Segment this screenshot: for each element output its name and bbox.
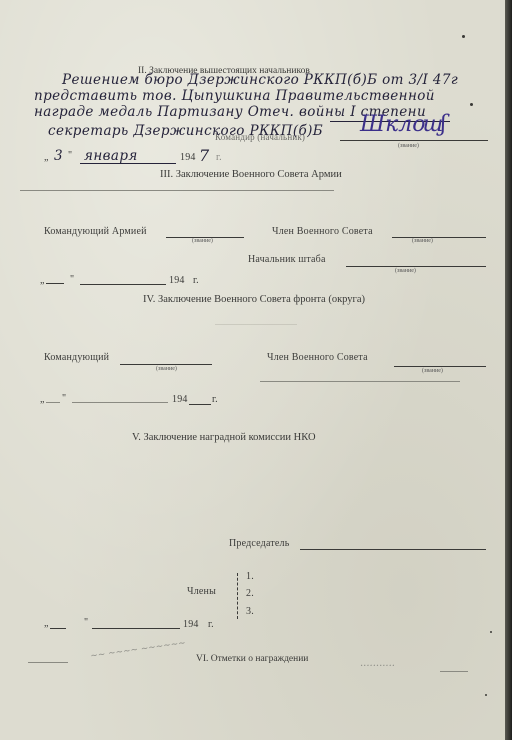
chief-of-staff-label: Начальник штаба <box>248 254 326 265</box>
member-number-1: 1. <box>246 571 254 582</box>
pencil-mark: ........... <box>360 658 395 669</box>
scan-speck <box>485 694 487 696</box>
date-year-suffix: 7 <box>199 146 210 165</box>
pencil-dash <box>440 671 468 672</box>
bleed-through-text: ........................................… <box>215 318 297 327</box>
date-year-prefix-3: 194 <box>169 275 185 286</box>
faint-divider <box>20 190 334 191</box>
members-brace <box>237 573 238 619</box>
front-commander-label: Командующий <box>44 352 109 363</box>
chief-of-staff-line <box>346 266 486 267</box>
section-5-heading: V. Заключение наградной комиссии НКО <box>132 432 316 443</box>
date-year-prefix: 194 <box>180 152 196 163</box>
chief-of-staff-rank-caption: (звание) <box>395 268 416 274</box>
date-month: января <box>84 148 138 164</box>
signature: Шклошʃ <box>360 112 446 137</box>
chairman-label: Председатель <box>229 538 290 549</box>
section-4-heading: IV. Заключение Военного Совета фронта (о… <box>143 294 365 305</box>
date-year-prefix-5: 194 <box>183 619 199 630</box>
date-year-prefix-4: 194 <box>172 394 188 405</box>
scan-speck <box>470 103 473 106</box>
members-label: Члены <box>187 586 216 597</box>
date-year-unit: г. <box>216 152 222 163</box>
signer-handwritten: секретарь Дзержинского РККП(б)Б <box>48 123 323 139</box>
date-year-line-4 <box>189 404 211 405</box>
scan-speck <box>490 631 492 633</box>
date-year-unit-5: г. <box>208 619 214 630</box>
front-council-member-rank-caption: (звание) <box>422 368 443 374</box>
scan-speck <box>462 35 465 38</box>
handwritten-line-1: Решением бюро Дзержинского РККП(б)Б от 3… <box>62 72 458 88</box>
date-day-line-3 <box>46 283 64 284</box>
front-commander-line <box>120 364 212 365</box>
date-quote-close-3: " <box>70 274 74 285</box>
date-quote-open: „ <box>44 152 49 163</box>
date-day: 3 <box>54 148 63 164</box>
date-month-line-3 <box>80 284 166 285</box>
date-day-line-5 <box>50 628 66 629</box>
front-commander-rank-caption: (звание) <box>156 366 177 372</box>
member-number-2: 2. <box>246 588 254 599</box>
date-month-line <box>80 163 176 164</box>
document-page: II. Заключение вышестоящих начальников Р… <box>0 0 505 740</box>
date-quote-close: " <box>68 150 72 161</box>
army-commander-rank-caption: (звание) <box>192 238 213 244</box>
faint-divider-3 <box>28 662 68 663</box>
faint-divider-2 <box>260 381 460 382</box>
army-council-member-rank-caption: (звание) <box>412 238 433 244</box>
date-quote-open-3: „ <box>40 275 45 286</box>
date-month-line-5 <box>92 628 180 629</box>
date-quote-open-4: „ <box>40 394 45 405</box>
front-council-member-line <box>394 366 486 367</box>
section-3-heading: III. Заключение Военного Совета Армии <box>160 169 342 180</box>
member-number-3: 3. <box>246 606 254 617</box>
scan-edge <box>505 0 512 740</box>
date-year-unit-3: г. <box>193 275 199 286</box>
date-month-line-4 <box>72 402 168 403</box>
section-6-heading: VI. Отметки о награждении <box>196 654 308 664</box>
army-council-member-label: Член Военного Совета <box>272 226 373 237</box>
handwritten-line-2: представить тов. Цыпушкина Правительстве… <box>34 88 435 104</box>
date-quote-close-4: " <box>62 393 66 404</box>
army-commander-label: Командующий Армией <box>44 226 147 237</box>
rank-caption: (звание) <box>398 143 419 149</box>
date-year-unit-4: г. <box>212 394 218 405</box>
signature-line <box>340 140 488 141</box>
chairman-line <box>300 549 486 550</box>
pencil-note: ~~ ~~~~ ~~~~~~ <box>90 638 187 661</box>
date-quote-close-5: " <box>84 617 88 628</box>
date-quote-open-5: „ <box>44 618 49 629</box>
date-day-line-4 <box>46 402 60 403</box>
front-council-member-label: Член Военного Совета <box>267 352 368 363</box>
army-council-member-line <box>392 237 486 238</box>
